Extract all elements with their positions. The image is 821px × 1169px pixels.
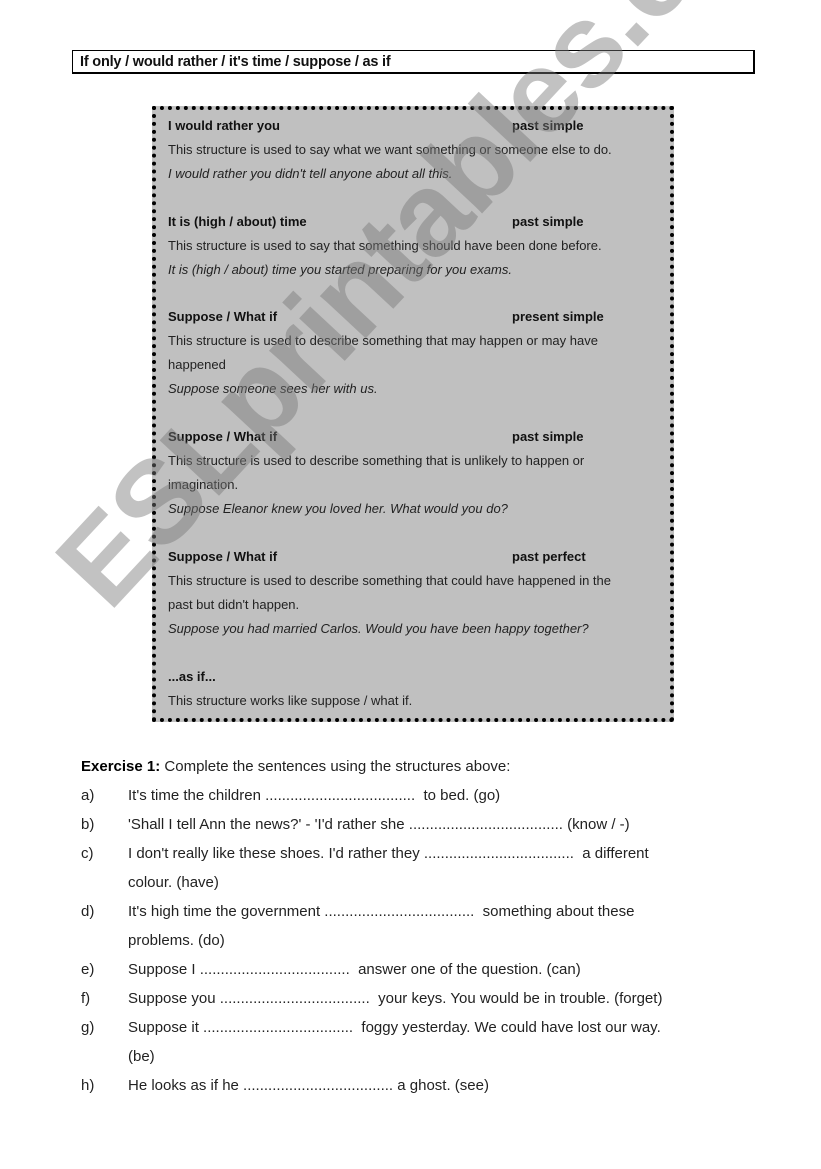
item-text: 'Shall I tell Ann the news?' - 'I'd rath… <box>128 810 761 839</box>
structure-example: Suppose someone sees her with us. <box>168 377 668 401</box>
exercise-instruction: Complete the sentences using the structu… <box>160 758 510 775</box>
item-letter: d) <box>81 897 94 926</box>
grammar-entry: It is (high / about) timepast simpleThis… <box>168 210 668 282</box>
grammar-entry: ...as if...This structure works like sup… <box>168 665 668 713</box>
structure-heading: Suppose / What ifpast simple <box>168 425 668 449</box>
item-text: I don't really like these shoes. I'd rat… <box>128 839 761 868</box>
structure-description: This structure is used to describe somet… <box>168 329 668 353</box>
grammar-entry: Suppose / What ifpast perfectThis struct… <box>168 545 668 641</box>
item-text: colour. (have) <box>128 868 761 897</box>
structure-heading: Suppose / What ifpast perfect <box>168 545 668 569</box>
exercise-heading: Exercise 1: Complete the sentences using… <box>81 752 761 781</box>
tense-label: past simple <box>512 210 584 234</box>
structure-example: I would rather you didn't tell anyone ab… <box>168 162 668 186</box>
exercise-item: b)'Shall I tell Ann the news?' - 'I'd ra… <box>81 810 761 839</box>
grammar-reference-box: I would rather youpast simpleThis struct… <box>152 106 674 722</box>
item-letter: e) <box>81 955 94 984</box>
structure-description: This structure is used to describe somet… <box>168 569 668 593</box>
exercise-item: e)Suppose I ............................… <box>81 955 761 984</box>
structure-example: It is (high / about) time you started pr… <box>168 258 668 282</box>
structure-description: This structure is used to say what we wa… <box>168 138 668 162</box>
grammar-entry: Suppose / What ifpast simpleThis structu… <box>168 425 668 521</box>
structure-name: It is (high / about) time <box>168 214 307 229</box>
item-text: Suppose you ............................… <box>128 984 761 1013</box>
structure-description: past but didn't happen. <box>168 593 668 617</box>
exercise-item: f)Suppose you ..........................… <box>81 984 761 1013</box>
tense-label: present simple <box>512 305 604 329</box>
exercise-section: Exercise 1: Complete the sentences using… <box>81 752 761 1100</box>
exercise-item: g)Suppose it ...........................… <box>81 1013 761 1071</box>
structure-description: This structure is used to say that somet… <box>168 234 668 258</box>
structure-name: Suppose / What if <box>168 549 277 564</box>
structure-name: I would rather you <box>168 118 280 133</box>
tense-label: past perfect <box>512 545 586 569</box>
item-text: He looks as if he ......................… <box>128 1071 761 1100</box>
structure-name: ...as if... <box>168 669 216 684</box>
structure-example: Suppose Eleanor knew you loved her. What… <box>168 497 668 521</box>
item-letter: g) <box>81 1013 94 1042</box>
item-letter: h) <box>81 1071 94 1100</box>
item-text: (be) <box>128 1042 761 1071</box>
grammar-entry: I would rather youpast simpleThis struct… <box>168 114 668 186</box>
item-letter: a) <box>81 781 94 810</box>
structure-description: happened <box>168 353 668 377</box>
structure-name: Suppose / What if <box>168 309 277 324</box>
item-letter: c) <box>81 839 94 868</box>
item-text: Suppose I ..............................… <box>128 955 761 984</box>
item-text: problems. (do) <box>128 926 761 955</box>
structure-example: Suppose you had married Carlos. Would yo… <box>168 617 668 641</box>
item-letter: f) <box>81 984 90 1013</box>
exercise-label: Exercise 1: <box>81 758 160 775</box>
grammar-entry: Suppose / What ifpresent simpleThis stru… <box>168 305 668 401</box>
worksheet-title: If only / would rather / it's time / sup… <box>72 50 755 74</box>
structure-description: imagination. <box>168 473 668 497</box>
structure-heading: Suppose / What ifpresent simple <box>168 305 668 329</box>
structure-heading: ...as if... <box>168 665 668 689</box>
item-text: Suppose it .............................… <box>128 1013 761 1042</box>
item-text: It's time the children .................… <box>128 781 761 810</box>
item-letter: b) <box>81 810 94 839</box>
structure-description: This structure works like suppose / what… <box>168 689 668 713</box>
structure-name: Suppose / What if <box>168 429 277 444</box>
item-text: It's high time the government ..........… <box>128 897 761 926</box>
structure-description: This structure is used to describe somet… <box>168 449 668 473</box>
exercise-item: a)It's time the children ...............… <box>81 781 761 810</box>
structure-heading: It is (high / about) timepast simple <box>168 210 668 234</box>
tense-label: past simple <box>512 425 584 449</box>
exercise-item: d)It's high time the government ........… <box>81 897 761 955</box>
tense-label: past simple <box>512 114 584 138</box>
exercise-item: h)He looks as if he ....................… <box>81 1071 761 1100</box>
exercise-item: c)I don't really like these shoes. I'd r… <box>81 839 761 897</box>
structure-heading: I would rather youpast simple <box>168 114 668 138</box>
